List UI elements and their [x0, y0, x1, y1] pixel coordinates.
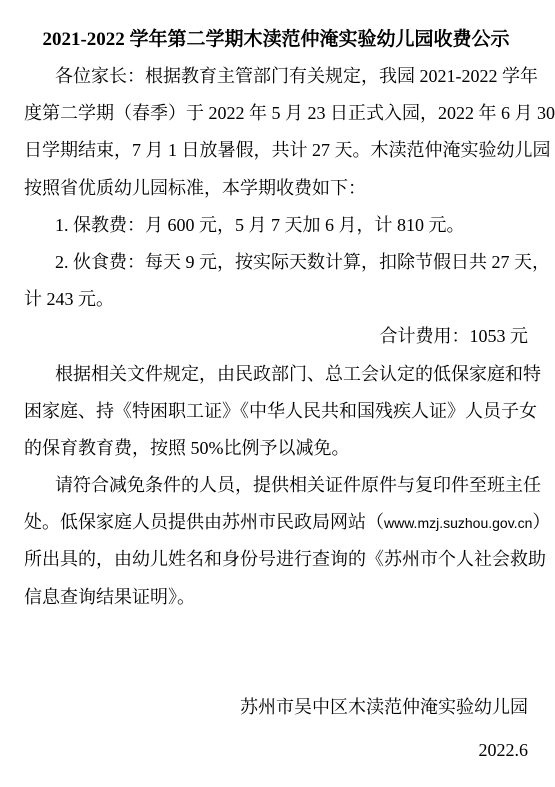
reduction-line-1: 根据相关文件规定，由民政部门、总工会认定的低保家庭和特 [24, 356, 528, 393]
procedure-line-2-suffix: ） [532, 512, 550, 532]
signature-date: 2022.6 [24, 732, 528, 769]
procedure-line-2: 处。低保家庭人员提供由苏州市民政局网站（www.mzj.suzhou.gov.c… [24, 504, 528, 541]
document-title: 2021-2022 学年第二学期木渎范仲淹实验幼儿园收费公示 [24, 21, 528, 58]
civil-affairs-website-url: www.mzj.suzhou.gov.cn [384, 515, 532, 531]
intro-line-2: 度第二学期（春季）于 2022 年 5 月 23 日正式入园，2022 年 6 … [24, 95, 528, 132]
reduction-line-2: 困家庭、持《特困职工证》《中华人民共和国残疾人证》人员子女 [24, 393, 528, 430]
signature-spacer [24, 616, 528, 689]
fee-item-meal-line-1: 2. 伙食费：每天 9 元，按实际天数计算，扣除节假日共 27 天， [24, 244, 528, 281]
procedure-line-2-prefix: 处。低保家庭人员提供由苏州市民政局网站（ [24, 512, 384, 532]
fee-notice-document: 2021-2022 学年第二学期木渎范仲淹实验幼儿园收费公示 各位家长：根据教育… [0, 0, 555, 787]
signature-org: 苏州市吴中区木渎范仲淹实验幼儿园 [24, 689, 528, 726]
intro-line-3: 日学期结束，7 月 1 日放暑假，共计 27 天。木渎范仲淹实验幼儿园 [24, 132, 528, 169]
fee-item-meal-line-2: 计 243 元。 [24, 281, 528, 318]
procedure-line-4: 信息查询结果证明》。 [24, 579, 528, 616]
intro-line-4: 按照省优质幼儿园标准，本学期收费如下： [24, 170, 528, 207]
fee-item-tuition: 1. 保教费：月 600 元，5 月 7 天加 6 月，计 810 元。 [24, 207, 528, 244]
procedure-line-1: 请符合减免条件的人员，提供相关证件原件与复印件至班主任 [24, 467, 528, 504]
total-fee: 合计费用：1053 元 [24, 318, 528, 355]
intro-line-1: 各位家长：根据教育主管部门有关规定，我园 2021-2022 学年 [24, 58, 528, 95]
procedure-line-3: 所出具的，由幼儿姓名和身份号进行查询的《苏州市个人社会救助 [24, 541, 528, 578]
reduction-line-3: 的保育教育费，按照 50%比例予以减免。 [24, 430, 528, 467]
